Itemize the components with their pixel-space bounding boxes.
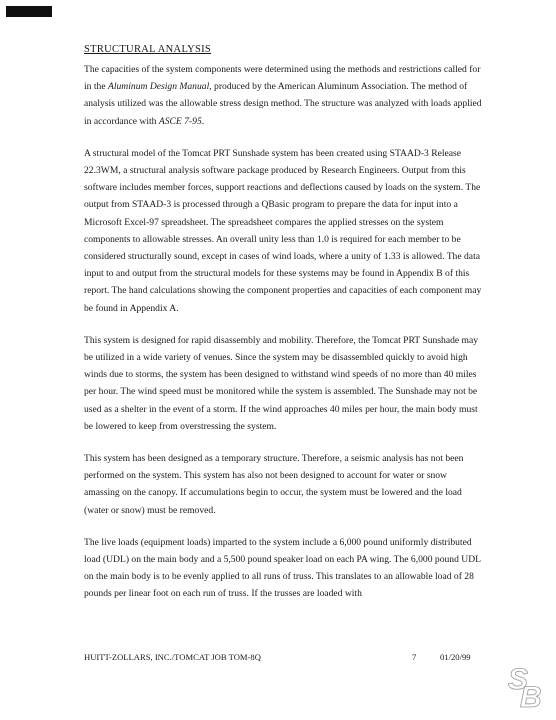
standard-reference: ASCE 7-95 [159, 116, 202, 127]
text-run: . [202, 116, 204, 127]
redacted-stamp [6, 6, 52, 17]
section-heading: STRUCTURAL ANALYSIS [84, 44, 484, 55]
paragraph-live-loads: The live loads (equipment loads) imparte… [84, 534, 484, 603]
paragraph-mobility: This system is designed for rapid disass… [84, 332, 484, 435]
watermark-letter-b: B [520, 686, 542, 710]
page-footer: HUITT-ZOLLARS, INC./TOMCAT JOB TOM-8Q 7 … [84, 652, 484, 662]
paragraph-structural-model: A structural model of the Tomcat PRT Sun… [84, 145, 484, 317]
paragraph-capacities: The capacities of the system components … [84, 61, 484, 130]
footer-company: HUITT-ZOLLARS, INC./TOMCAT JOB TOM-8Q [84, 652, 412, 662]
manual-title: Aluminum Design Manual [108, 81, 209, 92]
sb-watermark-logo: S B [506, 668, 550, 716]
document-body: STRUCTURAL ANALYSIS The capacities of th… [84, 44, 484, 618]
footer-date: 01/20/99 [440, 652, 484, 662]
paragraph-temporary-structure: This system has been designed as a tempo… [84, 450, 484, 519]
page-number: 7 [412, 652, 440, 662]
